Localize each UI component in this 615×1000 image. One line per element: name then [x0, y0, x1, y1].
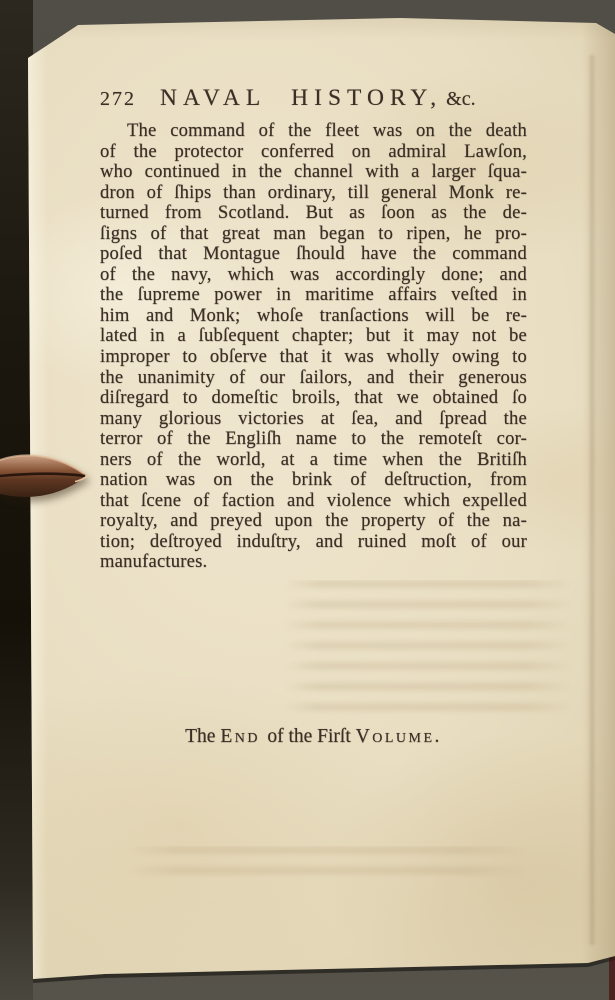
text-line: who continued in the channel with a larg… — [100, 162, 527, 183]
page-number: 272 — [100, 88, 136, 111]
body-paragraph: The command of the fleet was on the deat… — [100, 121, 527, 573]
colophon-the: The — [185, 726, 220, 747]
text-line: lated in a ſubſequent chapter; but it ma… — [100, 326, 527, 347]
colophon-first: Firſt — [317, 726, 355, 747]
colophon-end: End — [220, 726, 267, 747]
text-line: manufactures. — [100, 552, 527, 573]
text-line: the unanimity of our ſailors, and their … — [100, 368, 527, 389]
text-line: of the protector conferred on admiral La… — [100, 142, 527, 163]
volume-end-colophon: The End of the Firſt Volume. — [100, 726, 527, 748]
colophon-volume: Volume. — [356, 726, 442, 747]
photo-of-book-page: 272 NAVAL HISTORY, &c. The command of th… — [0, 0, 615, 1000]
text-line: ſigns of that great man began to ripen, … — [100, 224, 527, 245]
text-line: The command of the fleet was on the deat… — [100, 121, 527, 142]
colophon-of-the: of the — [267, 726, 317, 747]
text-line: many glorious victories at ſea, and ſpre… — [100, 409, 527, 430]
text-line: dron of ſhips than ordinary, till genera… — [100, 183, 527, 204]
book-page: 272 NAVAL HISTORY, &c. The command of th… — [0, 0, 615, 1000]
text-line: that ſcene of faction and violence which… — [100, 491, 527, 512]
text-line: him and Monk; whoſe tranſactions will be… — [100, 306, 527, 327]
running-title-etc: &c. — [446, 88, 475, 111]
text-line: tion; deſtroyed induſtry, and ruined moſ… — [100, 532, 527, 553]
text-line: royalty, and preyed upon the property of… — [100, 511, 527, 532]
text-line: terror of the Engliſh name to the remote… — [100, 429, 527, 450]
text-line: improper to obſerve that it was wholly o… — [100, 347, 527, 368]
text-line: turned from Scotland. But as ſoon as the… — [100, 203, 527, 224]
text-line: the ſupreme power in maritime affairs ve… — [100, 285, 527, 306]
copper-clasp-icon — [0, 448, 92, 510]
ink-showthrough-upper — [283, 580, 573, 722]
running-title: NAVAL HISTORY, — [160, 85, 442, 112]
running-head: 272 NAVAL HISTORY, &c. — [100, 85, 528, 112]
text-line: diſregard to domeſtic broils, that we ob… — [100, 388, 527, 409]
text-line: of the navy, which was accordingly done;… — [100, 265, 527, 286]
ink-showthrough-lower — [128, 846, 528, 878]
text-line: ners of the world, at a time when the Br… — [100, 450, 527, 471]
text-line: poſed that Montague ſhould have the comm… — [100, 244, 527, 265]
page-curl-crease — [588, 55, 596, 945]
text-line: nation was on the brink of deſtruction, … — [100, 470, 527, 491]
